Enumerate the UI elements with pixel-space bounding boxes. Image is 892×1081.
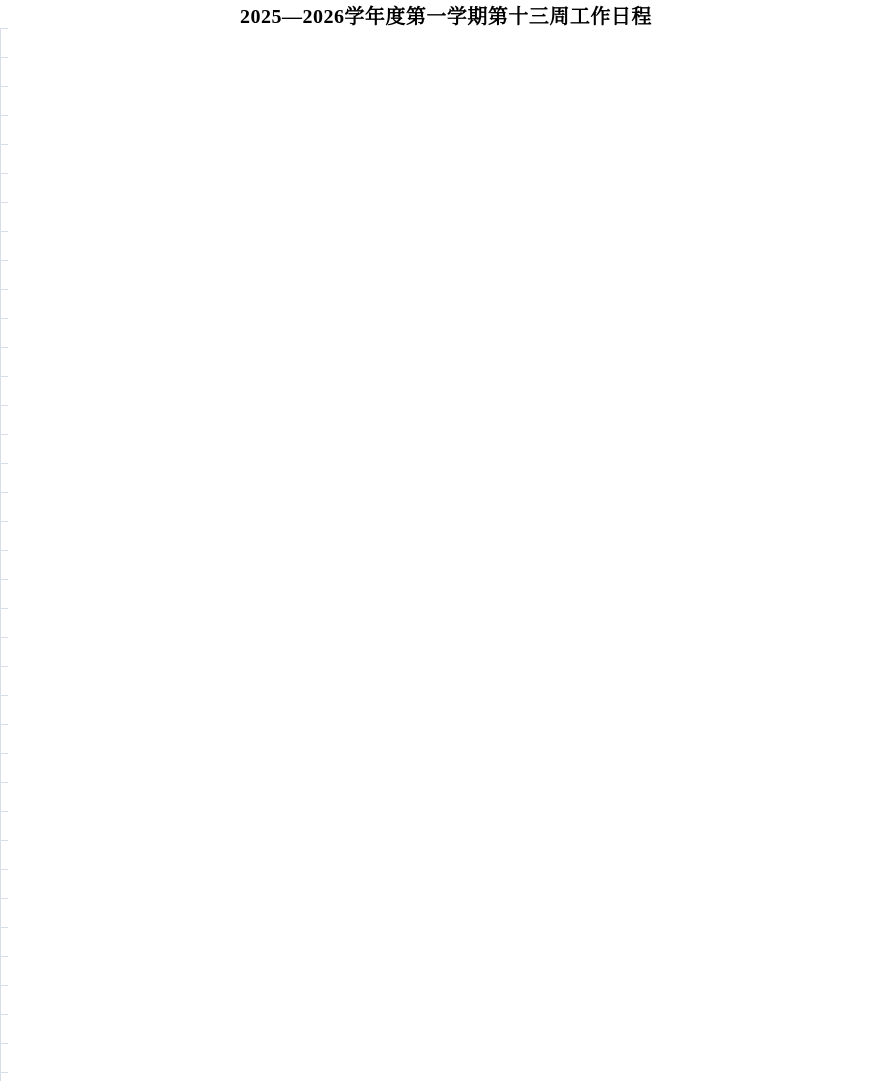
schedule-page: 2025—2026学年度第一学期第十三周工作日程: [0, 0, 892, 1081]
left-gridline-sliver: [0, 28, 8, 1081]
page-title: 2025—2026学年度第一学期第十三周工作日程: [0, 0, 892, 28]
